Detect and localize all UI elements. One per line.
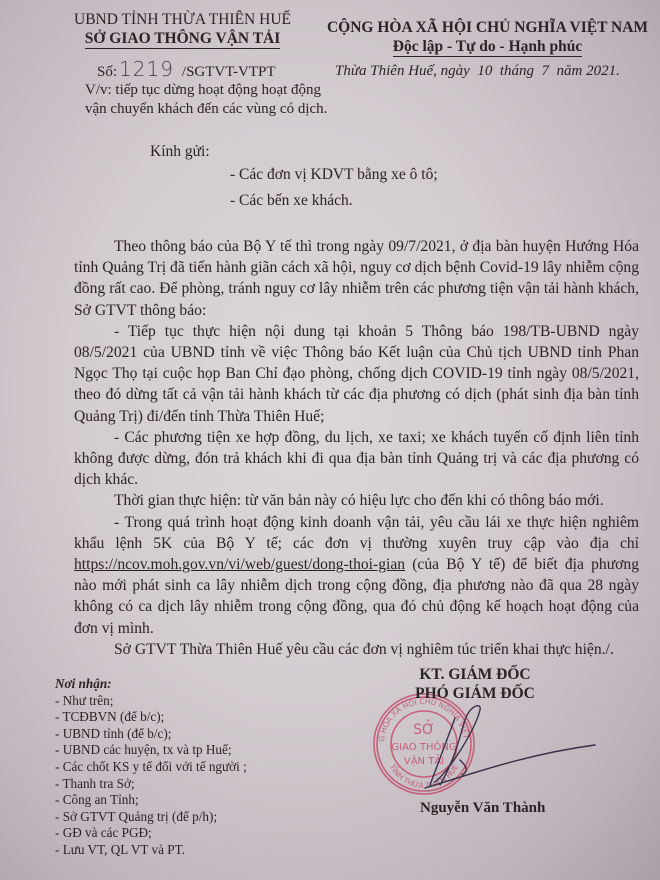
handwritten-number: 1219: [119, 57, 174, 81]
item-3-text-before: - Trong quá trình hoạt động kinh doanh v…: [74, 514, 639, 552]
distribution-item: - UBND các huyện, tx và tp Huế;: [55, 742, 247, 759]
distribution-item: - GĐ và các PGĐ;: [55, 825, 247, 842]
handwritten-signature-icon: [420, 700, 600, 800]
number-suffix: /SGTVT-VTPT: [182, 64, 276, 80]
national-motto: Độc lập - Tự do - Hạnh phúc: [393, 37, 582, 57]
distribution-item: - Sở GTVT Quảng trị (để p/h);: [55, 809, 247, 826]
signature-title-block: KT. GIÁM ĐỐC PHÓ GIÁM ĐỐC: [380, 665, 570, 703]
issue-date: Thừa Thiên Huế, ngày 10 tháng 7 năm 2021…: [335, 63, 620, 80]
recipient-1: - Các đơn vị KDVT bằng xe ô tô;: [230, 166, 438, 184]
directive-item-1: - Tiếp tục thực hiện nội dung tại khoản …: [74, 321, 639, 427]
signature-title-1: KT. GIÁM ĐỐC: [380, 665, 570, 684]
subject-line-2: vận chuyển khách đến các vùng có dịch.: [85, 100, 335, 119]
salutation-label: Kính gửi:: [150, 143, 210, 161]
nation-title: CỘNG HÒA XÃ HỘI CHỦ NGHĨA VIỆT NAM: [320, 18, 655, 37]
distribution-title: Nơi nhận:: [55, 676, 247, 693]
document-body: Theo thông báo của Bộ Y tế thì trong ngà…: [74, 236, 639, 660]
number-label: Số:: [97, 64, 117, 80]
signature-title-2: PHÓ GIÁM ĐỐC: [380, 684, 570, 703]
recipient-2: - Các bến xe khách.: [230, 192, 353, 210]
directive-item-3: - Trong quá trình hoạt động kinh doanh v…: [74, 512, 639, 639]
national-header: CỘNG HÒA XÃ HỘI CHỦ NGHĨA VIỆT NAM Độc l…: [320, 18, 655, 57]
document-number: Số:1219/SGTVT-VTPT: [97, 57, 276, 81]
authority-name: UBND TỈNH THỪA THIÊN HUẾ: [50, 10, 315, 29]
distribution-item: - TCĐBVN (để b/c);: [55, 709, 247, 726]
issuing-authority-block: UBND TỈNH THỪA THIÊN HUẾ SỞ GIAO THÔNG V…: [50, 10, 315, 49]
distribution-list: Nơi nhận: - Như trên;- TCĐBVN (để b/c);-…: [55, 676, 247, 859]
signer-name: Nguyễn Văn Thành: [420, 800, 545, 817]
subject-block: V/v: tiếp tục dừng hoạt động hoạt động v…: [85, 81, 335, 119]
ministry-health-link[interactable]: https://ncov.moh.gov.vn/vi/web/guest/don…: [74, 556, 405, 573]
department-name: SỞ GIAO THÔNG VẬN TẢI: [85, 29, 281, 49]
directive-item-2: - Các phương tiện xe hợp đồng, du lịch, …: [74, 427, 639, 491]
distribution-item: - Các chốt KS y tế đối với tế người ;: [55, 759, 247, 776]
distribution-item: - Như trên;: [55, 693, 247, 710]
distribution-item: - Thanh tra Sở;: [55, 776, 247, 793]
intro-paragraph: Theo thông báo của Bộ Y tế thì trong ngà…: [74, 236, 639, 321]
closing-paragraph: Sở GTVT Thừa Thiên Huế yêu cầu các đơn v…: [74, 639, 639, 660]
distribution-item: - UBND tỉnh (để b/c);: [55, 726, 247, 743]
distribution-items: - Như trên;- TCĐBVN (để b/c);- UBND tỉnh…: [55, 693, 247, 859]
distribution-item: - Lưu VT, QL VT và PT.: [55, 842, 247, 859]
distribution-item: - Công an Tỉnh;: [55, 792, 247, 809]
subject-line-1: V/v: tiếp tục dừng hoạt động hoạt động: [85, 81, 335, 100]
effective-time: Thời gian thực hiện: từ văn bản này có h…: [74, 490, 639, 511]
